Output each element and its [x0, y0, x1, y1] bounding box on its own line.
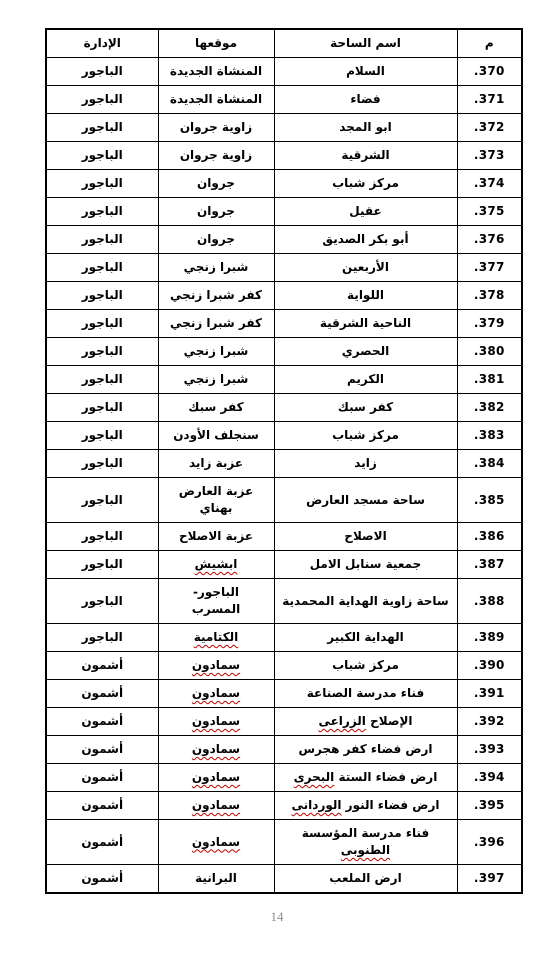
admin-cell: الباجور — [46, 551, 158, 579]
location-cell: شبرا زنجي — [158, 366, 274, 394]
admin-cell: الباجور — [46, 170, 158, 198]
num-cell: .372 — [457, 114, 522, 142]
name-cell: جمعية سنابل الامل — [274, 551, 457, 579]
spellcheck-underline: سمادون — [192, 714, 240, 728]
table-row: .377الأربعينشبرا زنجيالباجور — [46, 254, 522, 282]
table-row: .371فضاءالمنشاة الجديدةالباجور — [46, 86, 522, 114]
table-row: .386الاصلاحعزبة الاصلاحالباجور — [46, 523, 522, 551]
admin-cell: أشمون — [46, 652, 158, 680]
location-cell: كفر شبرا زنجي — [158, 310, 274, 338]
admin-cell: الباجور — [46, 254, 158, 282]
name-cell: عقيل — [274, 198, 457, 226]
spellcheck-underline: الوردانى — [292, 798, 342, 812]
num-cell: .393 — [457, 736, 522, 764]
location-cell: الكتامية — [158, 624, 274, 652]
num-cell: .384 — [457, 450, 522, 478]
location-cell: عزبة الاصلاح — [158, 523, 274, 551]
admin-cell: أشمون — [46, 736, 158, 764]
table-row: .380الحصريشبرا زنجيالباجور — [46, 338, 522, 366]
spellcheck-underline: سمادون — [192, 686, 240, 700]
location-cell: شبرا زنجي — [158, 338, 274, 366]
squares-table: م اسم الساحة موقعها الإدارة .370السلامال… — [45, 28, 523, 894]
table-row: .385ساحة مسجد العارضعزبة العارض بهنايالب… — [46, 478, 522, 523]
num-cell: .370 — [457, 58, 522, 86]
admin-cell: الباجور — [46, 142, 158, 170]
location-cell: سمادون — [158, 736, 274, 764]
location-cell: ابشيش — [158, 551, 274, 579]
table-row: .372ابو المجدزاوية جروانالباجور — [46, 114, 522, 142]
table-row: .390مركز شبابسمادونأشمون — [46, 652, 522, 680]
name-cell: مركز شباب — [274, 652, 457, 680]
admin-cell: الباجور — [46, 86, 158, 114]
admin-cell: الباجور — [46, 282, 158, 310]
num-cell: .394 — [457, 764, 522, 792]
document-page: م اسم الساحة موقعها الإدارة .370السلامال… — [0, 0, 554, 973]
location-cell: الباجور- المسرب — [158, 579, 274, 624]
admin-cell: الباجور — [46, 523, 158, 551]
admin-cell: الباجور — [46, 624, 158, 652]
table-row: .393ارض فضاء كفر هجرسسمادونأشمون — [46, 736, 522, 764]
location-cell: شبرا زنجي — [158, 254, 274, 282]
admin-cell: الباجور — [46, 338, 158, 366]
location-cell: البرانية — [158, 865, 274, 894]
spellcheck-underline: سمادون — [192, 658, 240, 672]
num-cell: .391 — [457, 680, 522, 708]
num-cell: .373 — [457, 142, 522, 170]
num-cell: .380 — [457, 338, 522, 366]
admin-cell: الباجور — [46, 579, 158, 624]
num-cell: .385 — [457, 478, 522, 523]
num-cell: .383 — [457, 422, 522, 450]
name-cell: فناء مدرسة الصناعة — [274, 680, 457, 708]
spellcheck-underline: سمادون — [192, 798, 240, 812]
table-row: .391فناء مدرسة الصناعةسمادونأشمون — [46, 680, 522, 708]
admin-cell: الباجور — [46, 226, 158, 254]
num-cell: .378 — [457, 282, 522, 310]
location-cell: زاوية جروان — [158, 114, 274, 142]
name-cell: مركز شباب — [274, 170, 457, 198]
admin-cell: أشمون — [46, 680, 158, 708]
location-cell: كفر شبرا زنجي — [158, 282, 274, 310]
location-cell: سمادون — [158, 680, 274, 708]
table-row: .378اللوايةكفر شبرا زنجيالباجور — [46, 282, 522, 310]
table-body: .370السلامالمنشاة الجديدةالباجور.371فضاء… — [46, 58, 522, 894]
num-cell: .377 — [457, 254, 522, 282]
location-cell: عزبة العارض بهناي — [158, 478, 274, 523]
name-cell: ارض الملعب — [274, 865, 457, 894]
name-cell: فناء مدرسة المؤسسة الطنوبى — [274, 820, 457, 865]
name-cell: ارض فضاء النور الوردانى — [274, 792, 457, 820]
num-cell: .371 — [457, 86, 522, 114]
num-cell: .390 — [457, 652, 522, 680]
admin-cell: أشمون — [46, 820, 158, 865]
num-cell: .387 — [457, 551, 522, 579]
table-row: .389الهداية الكبيرالكتاميةالباجور — [46, 624, 522, 652]
num-cell: .376 — [457, 226, 522, 254]
spellcheck-underline: الطنوبى — [341, 843, 390, 857]
num-cell: .395 — [457, 792, 522, 820]
spellcheck-underline: ابشيش — [195, 557, 238, 571]
admin-cell: الباجور — [46, 58, 158, 86]
table-row: .383مركز شبابسنجلف الأودنالباجور — [46, 422, 522, 450]
admin-cell: أشمون — [46, 764, 158, 792]
location-cell: كفر سبك — [158, 394, 274, 422]
name-cell: زايد — [274, 450, 457, 478]
location-cell: سمادون — [158, 792, 274, 820]
table-row: .375عقيلجروانالباجور — [46, 198, 522, 226]
header-num: م — [457, 29, 522, 58]
name-cell: الكريم — [274, 366, 457, 394]
admin-cell: الباجور — [46, 366, 158, 394]
table-row: .373الشرقيةزاوية جروانالباجور — [46, 142, 522, 170]
admin-cell: الباجور — [46, 114, 158, 142]
name-cell: الشرقية — [274, 142, 457, 170]
spellcheck-underline: سمادون — [192, 770, 240, 784]
name-cell: ابو المجد — [274, 114, 457, 142]
spellcheck-underline: الزراعى — [318, 714, 365, 728]
name-cell: الحصري — [274, 338, 457, 366]
name-cell: الاصلاح — [274, 523, 457, 551]
table-row: .376أبو بكر الصديقجروانالباجور — [46, 226, 522, 254]
name-cell: اللواية — [274, 282, 457, 310]
num-cell: .386 — [457, 523, 522, 551]
num-cell: .382 — [457, 394, 522, 422]
name-cell: ساحة زاوية الهداية المحمدية — [274, 579, 457, 624]
table-row: .396فناء مدرسة المؤسسة الطنوبىسمادونأشمو… — [46, 820, 522, 865]
spellcheck-underline: الكتامية — [194, 630, 239, 644]
name-cell: الهداية الكبير — [274, 624, 457, 652]
header-name: اسم الساحة — [274, 29, 457, 58]
admin-cell: الباجور — [46, 310, 158, 338]
location-cell: المنشاة الجديدة — [158, 86, 274, 114]
table-row: .395ارض فضاء النور الوردانىسمادونأشمون — [46, 792, 522, 820]
num-cell: .392 — [457, 708, 522, 736]
admin-cell: الباجور — [46, 450, 158, 478]
location-cell: سنجلف الأودن — [158, 422, 274, 450]
name-cell: الناحية الشرقية — [274, 310, 457, 338]
num-cell: .388 — [457, 579, 522, 624]
location-cell: جروان — [158, 170, 274, 198]
table-row: .384زايدعزبة زايدالباجور — [46, 450, 522, 478]
table-row: .379الناحية الشرقيةكفر شبرا زنجيالباجور — [46, 310, 522, 338]
admin-cell: أشمون — [46, 792, 158, 820]
name-cell: ارض فضاء كفر هجرس — [274, 736, 457, 764]
header-admin: الإدارة — [46, 29, 158, 58]
location-cell: زاوية جروان — [158, 142, 274, 170]
location-cell: سمادون — [158, 652, 274, 680]
table-row: .397ارض الملعبالبرانيةأشمون — [46, 865, 522, 894]
table-row: .392الإصلاح الزراعىسمادونأشمون — [46, 708, 522, 736]
spellcheck-underline: البحرى — [294, 770, 335, 784]
location-cell: المنشاة الجديدة — [158, 58, 274, 86]
spellcheck-underline: سمادون — [192, 742, 240, 756]
admin-cell: الباجور — [46, 478, 158, 523]
header-location: موقعها — [158, 29, 274, 58]
name-cell: ارض فضاء الستة البحرى — [274, 764, 457, 792]
name-cell: الإصلاح الزراعى — [274, 708, 457, 736]
name-cell: السلام — [274, 58, 457, 86]
num-cell: .374 — [457, 170, 522, 198]
table-row: .370السلامالمنشاة الجديدةالباجور — [46, 58, 522, 86]
location-cell: سمادون — [158, 820, 274, 865]
location-cell: سمادون — [158, 708, 274, 736]
table-row: .388ساحة زاوية الهداية المحمديةالباجور- … — [46, 579, 522, 624]
admin-cell: الباجور — [46, 422, 158, 450]
table-row: .374مركز شبابجروانالباجور — [46, 170, 522, 198]
name-cell: أبو بكر الصديق — [274, 226, 457, 254]
name-cell: فضاء — [274, 86, 457, 114]
location-cell: جروان — [158, 198, 274, 226]
name-cell: ساحة مسجد العارض — [274, 478, 457, 523]
num-cell: .379 — [457, 310, 522, 338]
num-cell: .381 — [457, 366, 522, 394]
table-header-row: م اسم الساحة موقعها الإدارة — [46, 29, 522, 58]
table-row: .381الكريمشبرا زنجيالباجور — [46, 366, 522, 394]
table-row: .394ارض فضاء الستة البحرىسمادونأشمون — [46, 764, 522, 792]
location-cell: سمادون — [158, 764, 274, 792]
name-cell: مركز شباب — [274, 422, 457, 450]
admin-cell: أشمون — [46, 708, 158, 736]
name-cell: كفر سبك — [274, 394, 457, 422]
spellcheck-underline: سمادون — [192, 835, 240, 849]
num-cell: .397 — [457, 865, 522, 894]
num-cell: .396 — [457, 820, 522, 865]
table-row: .387جمعية سنابل الاملابشيشالباجور — [46, 551, 522, 579]
page-number: 14 — [0, 909, 554, 925]
admin-cell: الباجور — [46, 394, 158, 422]
num-cell: .389 — [457, 624, 522, 652]
num-cell: .375 — [457, 198, 522, 226]
location-cell: جروان — [158, 226, 274, 254]
admin-cell: الباجور — [46, 198, 158, 226]
location-cell: عزبة زايد — [158, 450, 274, 478]
name-cell: الأربعين — [274, 254, 457, 282]
admin-cell: أشمون — [46, 865, 158, 894]
table-row: .382كفر سبككفر سبكالباجور — [46, 394, 522, 422]
